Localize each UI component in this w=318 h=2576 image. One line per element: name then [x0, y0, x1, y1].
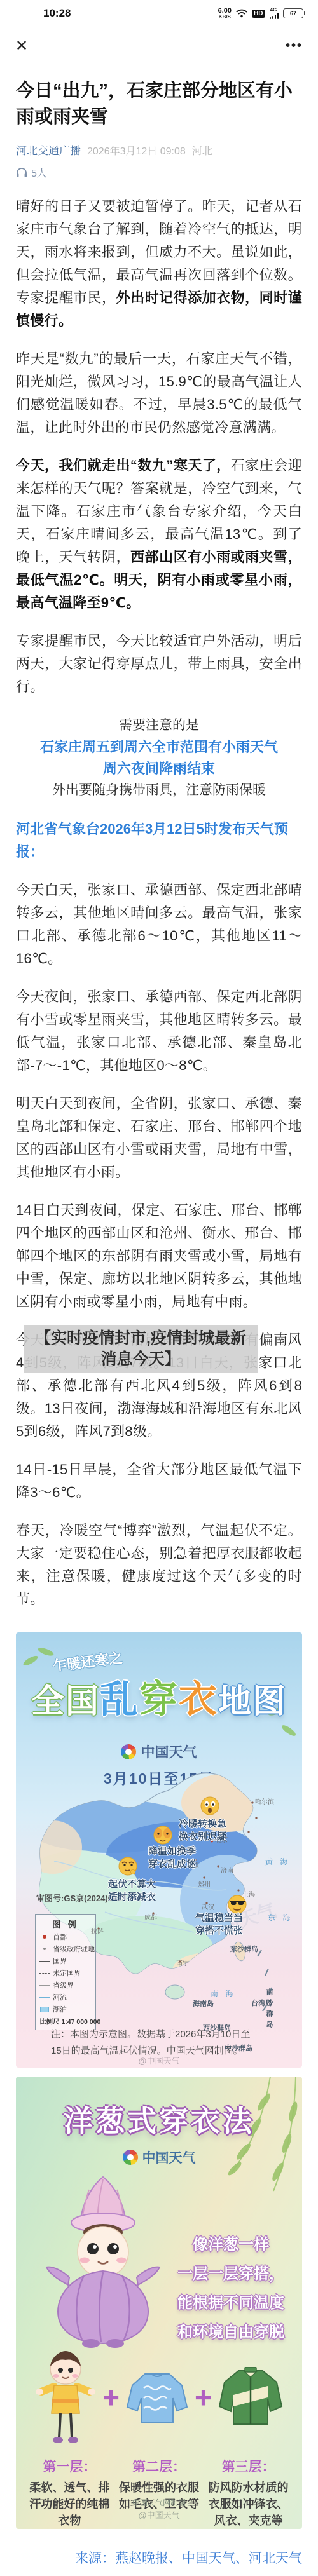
map-annotation-north: 冷暖转换急 换衣别迟疑: [179, 1818, 226, 1843]
close-icon[interactable]: ✕: [15, 37, 28, 55]
map-annotation-south: 气温稳当当 穿搭不慌张: [195, 1912, 243, 1937]
island-label-zhongsha: 中沙群岛: [225, 2043, 252, 2053]
poster-title: 全国乱穿衣地图: [16, 1669, 302, 1724]
paragraph-spring: 春天，冷暖空气“博弈”激烈，气温起伏不定。大家一定要稳住心态，别急着把厚衣服都收…: [16, 1519, 302, 1611]
annotation-line: 适时添减衣: [108, 1891, 156, 1904]
annotation-line: 换衣别迟疑: [179, 1831, 226, 1843]
legend-item: 国界: [39, 1956, 92, 1966]
battery-level: 67: [283, 8, 303, 18]
network-speed-value: 6.00: [218, 8, 232, 15]
legend-item: 河流: [39, 1992, 92, 2002]
onion-dressing-poster-image[interactable]: 洋葱式穿衣法 中国天气 像洋葱一样 一层一层穿搭， 能根据不同温度 和环境自由穿…: [16, 2077, 302, 2529]
city-label: 南宁: [176, 1958, 189, 1967]
forecast-heading: 河北省气象台2026年3月12日5时发布天气预报：: [16, 818, 302, 864]
legend-item: 未定国界: [39, 1968, 92, 1978]
city-label: 上海: [242, 1889, 255, 1899]
brand-name: 中国天气: [142, 2148, 196, 2167]
sweater-illustration: [126, 2369, 188, 2426]
article-content: 今日“出九”，石家庄部分地区有小雨或雨夹雪 河北交通广播 2026年3月12日 …: [0, 78, 318, 1611]
city-dot-icon: [43, 1948, 46, 1950]
battery-tip: [304, 11, 305, 15]
paragraph-today: 今天，我们就走出“数九”寒天了，石家庄会迎来怎样的天气呢？答案就是，冷空气到来，…: [16, 454, 302, 614]
paragraph-today-bold1: 今天，我们就走出“数九”寒天了，: [16, 458, 231, 473]
title-part-ditu: 地图: [218, 1683, 287, 1720]
outfit-layers-row: + +: [16, 2350, 302, 2445]
annotation-line: 气温稳当当: [195, 1912, 243, 1925]
border-line-icon: [39, 1961, 50, 1962]
legend-label: 河流: [53, 1992, 67, 2002]
annotation-line: 降温如换季: [148, 1845, 196, 1858]
paragraph-cooling: 14日-15日早晨，全省大部分地区最低气温下降3～6℃。: [16, 1458, 302, 1504]
description-line: 一层一层穿搭，: [169, 2260, 293, 2289]
island-label-xisha: 西沙群岛: [203, 2023, 231, 2033]
legend-item: 省级政府驻地: [39, 1944, 92, 1954]
title-part-quanguo: 全国: [31, 1683, 100, 1720]
legend-item: 省级界: [39, 1980, 92, 1990]
annotation-line: 冷暖转换急: [179, 1818, 226, 1831]
network-speed: 6.00 KB/S: [218, 8, 232, 20]
china-weather-logo-icon: [123, 2150, 138, 2165]
poster-watermark: @中国天气: [16, 2054, 302, 2066]
source-attribution[interactable]: 来源：燕赵晚报、中国天气、河北天气: [0, 2548, 302, 2567]
title-part-yi: 衣: [179, 1678, 218, 1721]
emoji-shocked-icon: [200, 1796, 219, 1815]
wind-paragraph-wrap: 【实时疫情封市,疫情封城最新消息今天】 今天白天到夜间，沿岸海域和中南部有偏南风…: [16, 1329, 302, 1443]
emoji-thinking-icon: [118, 1856, 138, 1876]
annotation-line: 穿搭不慌张: [195, 1925, 243, 1937]
title-part-luan: 乱: [100, 1678, 139, 1721]
annotation-line: 起伏不算大: [108, 1878, 156, 1891]
brand-row: 中国天气: [16, 1742, 302, 1761]
city-label: 哈尔滨: [255, 1796, 274, 1806]
article-meta: 河北交通广播 2026年3月12日 09:08 河北: [16, 142, 302, 158]
dressing-map-poster-image[interactable]: 中国天气 中国天气 乍暖还寒之 全国乱穿衣地图 中国天气 3月10日至15日: [16, 1632, 302, 2068]
status-icons: 6.00 KB/S HD 4G 67: [218, 8, 305, 20]
plus-sign: +: [195, 2383, 212, 2412]
description-line: 能根据不同温度: [169, 2289, 293, 2318]
layer2-name: 第二层：: [114, 2457, 204, 2476]
legend-label: 未定国界: [53, 1968, 81, 1978]
paragraph-tomorrow: 明天白天到夜间，全省阴，张家口、承德、秦皇岛北部和保定、石家庄、邢台、邯郸四个地…: [16, 1092, 302, 1184]
map-legend: 图 例 首都 省级政府驻地 国界 未定国界 省级界 河流 湖泊 比例尺 1:47…: [35, 1914, 96, 2030]
city-label: 郑州: [198, 1879, 211, 1888]
navbar-divider: [0, 65, 318, 65]
paragraph-yesterday: 昨天是“数九”的最后一天，石家庄天气不错，阳光灿烂，微风习习，15.9℃的最高气…: [16, 348, 302, 439]
lake-icon: [40, 2007, 49, 2012]
sea-label-south: 南 海: [211, 1988, 235, 1999]
sea-label-yellow: 黄 海: [265, 1856, 290, 1867]
dashed-border-icon: [39, 1973, 50, 1974]
city-label: 成都: [144, 1912, 157, 1922]
wifi-icon: [236, 9, 247, 18]
notice-line3: 周六夜间降雨结束: [16, 758, 302, 780]
city-label: 武汉: [202, 1902, 214, 1911]
spam-watermark-overlay: 【实时疫情封市,疫情封城最新消息今天】: [24, 1325, 258, 1373]
legend-label: 省级界: [53, 1980, 74, 1990]
description-line: 和环境自由穿脱: [169, 2318, 293, 2347]
article-navbar: ✕ •••: [0, 27, 318, 65]
paragraph-intro: 晴好的日子又要被迫暂停了。昨天，记者从石家庄市气象台了解到，随着冷空气的抵达，明…: [16, 195, 302, 332]
leaf-decoration: [22, 1654, 39, 1667]
legend-item: 首都: [39, 1932, 92, 1942]
capital-dot-icon: [43, 1935, 46, 1939]
river-line-icon: [39, 1997, 50, 1998]
notice-line4: 外出要随身携带雨具，注意防雨保暖: [16, 780, 302, 801]
map-annotation-west: 起伏不算大 适时添减衣: [108, 1878, 156, 1904]
city-label: 拉萨: [91, 1926, 104, 1935]
paragraph-day14: 14日白天到夜间，保定、石家庄、邢台、邯郸四个地区的西部山区和沧州、衡水、邢台、…: [16, 1199, 302, 1313]
onion-character-illustration: [35, 2171, 172, 2352]
listen-row[interactable]: 5人: [16, 165, 302, 180]
network-speed-unit: KB/S: [219, 15, 231, 20]
paragraph-today-day: 今天白天，张家口、承德西部、保定西北部晴转多云，其他地区晴间多云。最高气温，张家…: [16, 879, 302, 970]
status-bar: 10:28 6.00 KB/S HD 4G 67: [0, 0, 318, 27]
annotation-line: 穿衣乱成谜: [148, 1858, 196, 1871]
china-weather-logo-icon: [121, 1744, 136, 1759]
publish-date: 2026年3月12日 09:08: [87, 143, 186, 158]
battery-icon: 67: [283, 8, 305, 18]
city-label: 济南: [221, 1865, 233, 1874]
title-part-chuan: 穿: [139, 1678, 179, 1721]
legend-label: 国界: [53, 1956, 67, 1966]
cell-signal-icon: 4G: [270, 8, 279, 19]
signal-bars-icon: [270, 13, 279, 19]
brand-name: 中国天气: [141, 1742, 197, 1761]
legend-scale: 比例尺 1:47 000 000: [39, 2017, 92, 2026]
headphones-icon: [16, 168, 27, 178]
news-article-page: { "status_bar":{"time":"10:28","net_spee…: [0, 0, 318, 2567]
notice-line2: 石家庄周五到周六全市范围有小雨天气: [16, 736, 302, 758]
map-annotation-center: 降温如换季 穿衣乱成谜: [148, 1845, 196, 1871]
layer1-name: 第一层：: [25, 2457, 114, 2476]
sea-label-east: 东 海: [268, 1912, 293, 1923]
island-label-hainan: 海南岛: [193, 1998, 214, 2009]
province-line-icon: [39, 1985, 50, 1986]
publish-region: 河北: [192, 143, 212, 158]
leaf-decoration: [280, 1723, 297, 1737]
emoji-peek-icon: [153, 1825, 173, 1845]
onion-poster-title: 洋葱式穿衣法: [16, 2098, 302, 2140]
notice-block: 需要注意的是 石家庄周五到周六全市范围有小雨天气 周六夜间降雨结束 外出要随身携…: [16, 715, 302, 801]
description-line: 像洋葱一样: [169, 2230, 293, 2260]
more-options-icon[interactable]: •••: [286, 39, 303, 53]
island-label-dongsha: 东沙群岛: [230, 1944, 258, 1954]
legend-item: 湖泊: [39, 2004, 92, 2014]
layer3-name: 第三层：: [204, 2457, 293, 2476]
legend-label: 湖泊: [53, 2004, 67, 2014]
brand-row: 中国天气: [16, 2148, 302, 2167]
clock-time: 10:28: [43, 7, 71, 20]
poster-watermark: @中国天气: [16, 2509, 302, 2521]
island-label-nansha: 南沙群岛: [264, 1988, 274, 2031]
paragraph-advice: 专家提醒市民，今天比较适宜户外活动，明后两天，大家记得穿厚点儿，带上雨具，安全出…: [16, 630, 302, 698]
plus-sign: +: [102, 2383, 120, 2412]
boy-base-layer-illustration: [35, 2350, 96, 2445]
legend-label: 首都: [53, 1932, 67, 1942]
notice-line1: 需要注意的是: [16, 715, 302, 736]
hd-volte-icon: HD: [252, 10, 265, 18]
network-type-label: 4G: [270, 8, 277, 13]
article-title: 今日“出九”，石家庄部分地区有小雨或雨夹雪: [16, 78, 302, 130]
jacket-illustration: [218, 2367, 283, 2428]
legend-title: 图 例: [39, 1918, 92, 1930]
listen-count: 5人: [31, 165, 47, 180]
source-link[interactable]: 河北交通广播: [16, 142, 81, 158]
legend-label: 省级政府驻地: [53, 1944, 95, 1954]
poster-credit: 中国天气网制图: [16, 2497, 302, 2508]
onion-description: 像洋葱一样 一层一层穿搭， 能根据不同温度 和环境自由穿脱: [169, 2230, 293, 2347]
paragraph-today-night: 今天夜间，张家口、承德西部、保定西北部阴有小雪或零星雨夹雪，其他地区晴转多云。最…: [16, 986, 302, 1077]
